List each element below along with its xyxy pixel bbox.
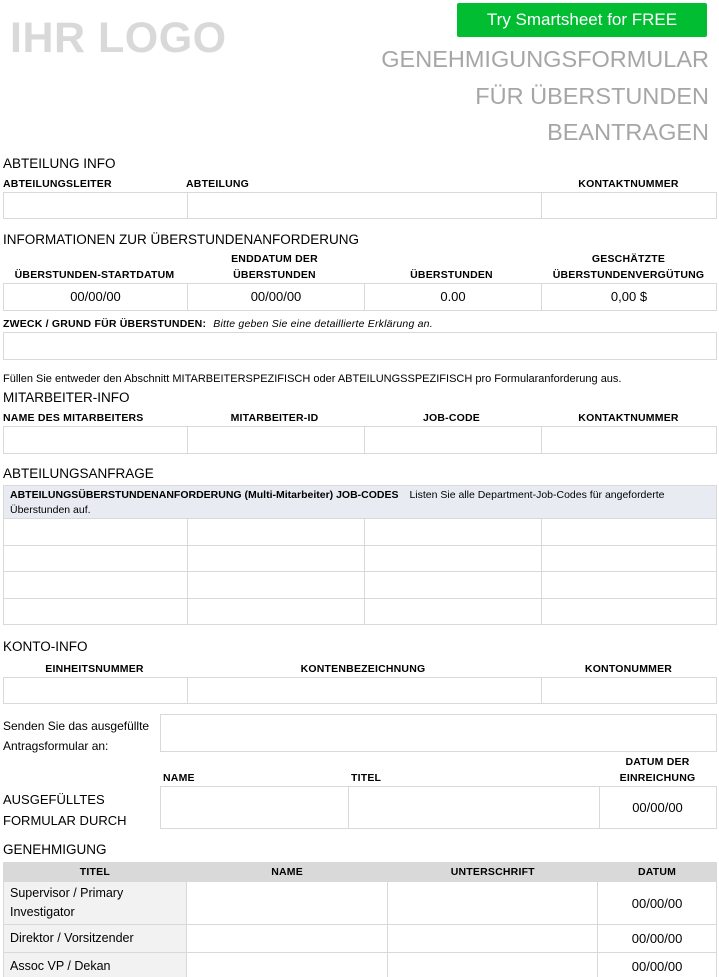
job-code-cell[interactable] xyxy=(364,599,541,625)
send-to-field[interactable] xyxy=(160,714,717,752)
label-submission-date-line1: DATUM DER xyxy=(598,756,717,768)
verguetung-value: 0,00 $ xyxy=(542,289,716,304)
label-completed-titel: TITEL xyxy=(351,772,381,784)
job-code-cell[interactable] xyxy=(4,519,187,545)
label-submission-date-line2: EINREICHUNG xyxy=(598,772,717,784)
abteilungsleiter-field[interactable] xyxy=(4,193,187,218)
send-to-label: Senden Sie das ausgefüllte Antragsformul… xyxy=(3,716,149,756)
label-job-code: JOB-CODE xyxy=(363,412,540,424)
submission-date-field[interactable]: 00/00/00 xyxy=(599,787,715,828)
approval-col-name: NAME xyxy=(186,863,388,882)
label-mitarbeiter-name: NAME DES MITARBEITERS xyxy=(3,412,144,424)
approval-col-titel: TITEL xyxy=(4,863,187,882)
job-codes-header-line2: Überstunden auf. xyxy=(10,504,91,516)
verguetung-field[interactable]: 0,00 $ xyxy=(541,284,716,310)
label-abteilungsleiter: ABTEILUNGSLEITER xyxy=(3,178,112,190)
job-code-cell[interactable] xyxy=(541,546,716,572)
label-mitarbeiter-kontakt: KONTAKTNUMMER xyxy=(540,412,717,424)
section-title-abteilung-info: ABTEILUNG INFO xyxy=(3,156,116,171)
startdatum-value: 00/00/00 xyxy=(4,289,187,304)
approval-row-title: Direktor / Vorsitzender xyxy=(4,925,187,953)
approval-col-datum: DATUM xyxy=(598,863,717,882)
label-enddatum-line1: ENDDATUM DER xyxy=(186,253,363,265)
approval-date-field[interactable]: 00/00/00 xyxy=(598,925,717,953)
purpose-label: ZWECK / GRUND FÜR ÜBERSTUNDEN: Bitte geb… xyxy=(3,318,433,330)
approval-name-field[interactable] xyxy=(186,925,388,953)
logo-placeholder: IHR LOGO xyxy=(10,14,227,63)
table-row: Supervisor / Primary Investigator 00/00/… xyxy=(4,882,717,925)
abteilung-field[interactable] xyxy=(187,193,541,218)
purpose-hint: Bitte geben Sie eine detaillierte Erklär… xyxy=(213,318,433,330)
approval-signature-field[interactable] xyxy=(388,953,598,977)
section-title-overtime-info: INFORMATIONEN ZUR ÜBERSTUNDENANFORDERUNG xyxy=(3,232,359,247)
label-kontonummer: KONTONUMMER xyxy=(540,663,717,675)
job-code-cell[interactable] xyxy=(541,519,716,545)
label-kontaktnummer: KONTAKTNUMMER xyxy=(540,178,717,190)
table-row: Assoc VP / Dekan 00/00/00 xyxy=(4,953,717,977)
approval-name-field[interactable] xyxy=(186,882,388,925)
approval-row-title: Assoc VP / Dekan xyxy=(4,953,187,977)
form-title-line-1: GENEHMIGUNGSFORMULAR xyxy=(381,46,709,73)
approval-name-field[interactable] xyxy=(186,953,388,977)
kontonummer-field[interactable] xyxy=(541,678,716,703)
section-title-genehmigung: GENEHMIGUNG xyxy=(3,842,107,857)
instruction-text: Füllen Sie entweder den Abschnitt MITARB… xyxy=(3,373,621,385)
completed-by-row: 00/00/00 xyxy=(160,786,717,829)
abteilung-info-row xyxy=(3,192,717,219)
completed-by-label-line1: AUSGEFÜLLTES xyxy=(3,789,127,810)
label-mitarbeiter-id: MITARBEITER-ID xyxy=(186,412,363,424)
job-code-cell[interactable] xyxy=(187,599,364,625)
completed-titel-field[interactable] xyxy=(348,787,599,828)
form-title-line-2: FÜR ÜBERSTUNDEN xyxy=(475,83,709,110)
purpose-label-text: ZWECK / GRUND FÜR ÜBERSTUNDEN: xyxy=(3,318,206,330)
send-to-label-line1: Senden Sie das ausgefüllte xyxy=(3,716,149,736)
approval-row-title-line1: Supervisor / Primary xyxy=(10,884,180,903)
overtime-info-row: 00/00/00 00/00/00 0.00 0,00 $ xyxy=(3,283,717,311)
job-code-field[interactable] xyxy=(364,427,541,453)
approval-row-title-line2: Investigator xyxy=(10,903,180,922)
approval-header-row: TITEL NAME UNTERSCHRIFT DATUM xyxy=(4,863,717,882)
approval-date-field[interactable]: 00/00/00 xyxy=(598,953,717,977)
ueberstunden-field[interactable]: 0.00 xyxy=(364,284,541,310)
enddatum-value: 00/00/00 xyxy=(188,289,364,304)
approval-signature-field[interactable] xyxy=(388,925,598,953)
job-code-cell[interactable] xyxy=(364,572,541,598)
approval-col-unterschrift: UNTERSCHRIFT xyxy=(388,863,598,882)
label-abteilung: ABTEILUNG xyxy=(186,178,249,190)
mitarbeiter-name-field[interactable] xyxy=(4,427,187,453)
table-row xyxy=(3,599,717,626)
ueberstunden-value: 0.00 xyxy=(365,289,541,304)
try-smartsheet-button[interactable]: Try Smartsheet for FREE xyxy=(457,3,707,37)
einheitsnummer-field[interactable] xyxy=(4,678,187,703)
label-ueberstunden: ÜBERSTUNDEN xyxy=(363,269,540,281)
section-title-konto-info: KONTO-INFO xyxy=(3,639,88,654)
completed-by-label-line2: FORMULAR DURCH xyxy=(3,810,127,831)
label-einheitsnummer: EINHEITSNUMMER xyxy=(3,663,186,675)
job-code-cell[interactable] xyxy=(541,599,716,625)
mitarbeiter-kontakt-field[interactable] xyxy=(541,427,716,453)
table-row xyxy=(3,519,717,546)
label-kontenbezeichnung: KONTENBEZEICHNUNG xyxy=(186,663,540,675)
enddatum-field[interactable]: 00/00/00 xyxy=(187,284,364,310)
table-row xyxy=(3,546,717,573)
job-code-cell[interactable] xyxy=(364,519,541,545)
table-row xyxy=(3,572,717,599)
section-title-mitarbeiter-info: MITARBEITER-INFO xyxy=(3,390,130,405)
startdatum-field[interactable]: 00/00/00 xyxy=(4,284,187,310)
job-code-cell[interactable] xyxy=(4,572,187,598)
purpose-field[interactable] xyxy=(3,332,717,360)
job-code-cell[interactable] xyxy=(187,572,364,598)
approval-signature-field[interactable] xyxy=(388,882,598,925)
label-verguetung-line2: ÜBERSTUNDENVERGÜTUNG xyxy=(540,269,717,281)
job-code-cell[interactable] xyxy=(187,546,364,572)
label-startdatum: ÜBERSTUNDEN-STARTDATUM xyxy=(3,269,186,281)
completed-name-field[interactable] xyxy=(161,787,348,828)
submission-date-value: 00/00/00 xyxy=(600,800,715,815)
job-code-cell[interactable] xyxy=(364,546,541,572)
label-enddatum-line2: ÜBERSTUNDEN xyxy=(186,269,363,281)
job-codes-header-line1: ABTEILUNGSÜBERSTUNDENANFORDERUNG (Multi-… xyxy=(10,489,665,501)
approval-row-title-line1: Assoc VP / Dekan xyxy=(10,957,180,976)
label-verguetung-line1: GESCHÄTZTE xyxy=(540,253,717,265)
send-to-label-line2: Antragsformular an: xyxy=(3,736,149,756)
label-completed-name: NAME xyxy=(163,772,195,784)
approval-row-title-line1: Direktor / Vorsitzender xyxy=(10,929,180,948)
job-code-cell[interactable] xyxy=(4,599,187,625)
approval-row-title: Supervisor / Primary Investigator xyxy=(4,882,187,925)
job-codes-header-text: Listen Sie alle Department-Job-Codes für… xyxy=(409,489,664,501)
approval-table: TITEL NAME UNTERSCHRIFT DATUM Supervisor… xyxy=(3,862,717,977)
mitarbeiter-id-field[interactable] xyxy=(187,427,364,453)
job-codes-header-bold: ABTEILUNGSÜBERSTUNDENANFORDERUNG (Multi-… xyxy=(10,489,399,501)
job-code-cell[interactable] xyxy=(187,519,364,545)
mitarbeiter-info-row xyxy=(3,426,717,454)
form-title-line-3: BEANTRAGEN xyxy=(547,119,709,146)
approval-date-field[interactable]: 00/00/00 xyxy=(598,882,717,925)
job-code-cell[interactable] xyxy=(541,572,716,598)
table-row: Direktor / Vorsitzender 00/00/00 xyxy=(4,925,717,953)
job-codes-header: ABTEILUNGSÜBERSTUNDENANFORDERUNG (Multi-… xyxy=(3,485,717,519)
kontenbezeichnung-field[interactable] xyxy=(187,678,541,703)
section-title-abteilungsanfrage: ABTEILUNGSANFRAGE xyxy=(3,466,154,481)
konto-info-row xyxy=(3,677,717,704)
abteilung-kontaktnummer-field[interactable] xyxy=(541,193,716,218)
job-code-cell[interactable] xyxy=(4,546,187,572)
completed-by-label: AUSGEFÜLLTES FORMULAR DURCH xyxy=(3,789,127,831)
